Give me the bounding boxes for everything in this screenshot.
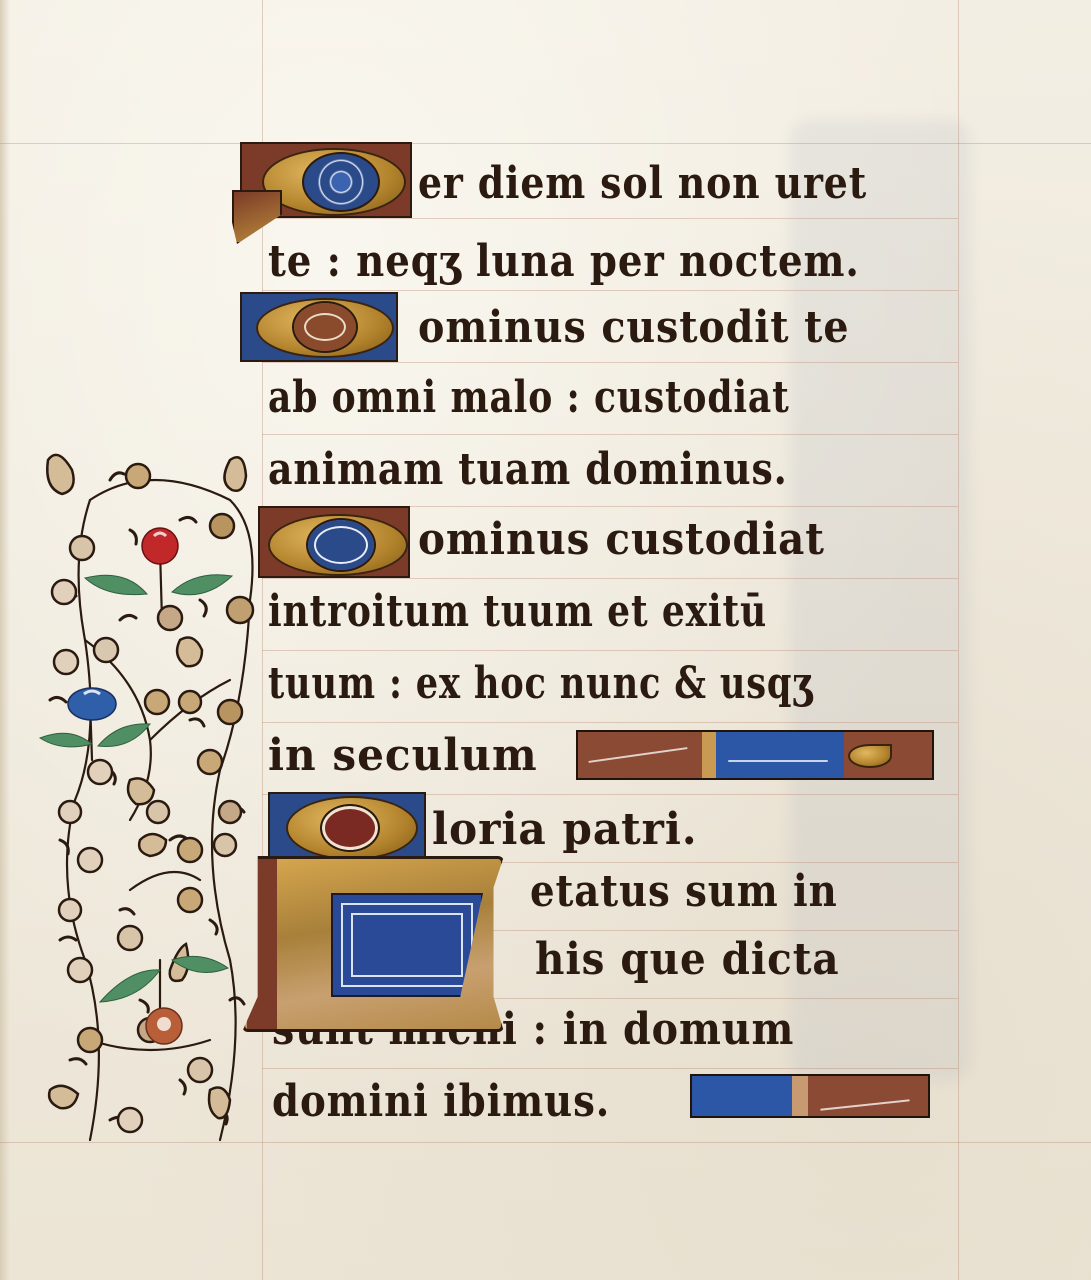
page-edge-shadow	[0, 0, 10, 1280]
text-line-6: ominus custodiat	[418, 518, 825, 562]
ruling-line	[262, 1068, 958, 1069]
line-filler-2	[690, 1074, 930, 1118]
line-filler-1-blue	[716, 732, 844, 778]
line-filler-1-pen-work-2	[728, 760, 828, 762]
ruling-line	[262, 722, 958, 723]
text-line-11: etatus sum in	[530, 870, 838, 914]
initial-d-2: D	[258, 506, 410, 578]
line-filler-1-gold-leaf	[848, 744, 892, 768]
line-filler-1-gold	[702, 732, 716, 778]
text-line-3: ominus custodit te	[418, 306, 849, 350]
floral-border	[30, 440, 270, 1150]
ruling-vertical-right	[958, 0, 959, 1280]
text-line-7: introitum tuum et exitū	[268, 590, 767, 634]
initial-d-1: D	[240, 292, 398, 362]
line-filler-2-blue	[692, 1076, 792, 1116]
text-line-12: his que dicta	[535, 938, 839, 982]
ruling-line	[262, 650, 958, 651]
text-line-4: ab omni malo : custodiat	[268, 376, 790, 420]
ruling-line	[262, 578, 958, 579]
line-filler-1	[576, 730, 934, 780]
ruling-line	[262, 218, 958, 219]
text-line-9: in seculum	[268, 734, 538, 778]
ruling-line	[262, 362, 958, 363]
initial-d-1-disc	[292, 301, 358, 353]
initial-d-2-blue-disc	[306, 518, 376, 572]
ruling-line	[262, 290, 958, 291]
manuscript-page: er diem sol non uret te : neqʒ luna per …	[0, 0, 1091, 1280]
ruling-line	[262, 434, 958, 435]
ruling-top	[0, 143, 1091, 144]
line-filler-2-gold	[792, 1076, 808, 1116]
red-flower-icon	[85, 528, 232, 595]
text-line-2: te : neqʒ luna per noctem.	[268, 240, 860, 284]
initial-g-red-disc	[320, 804, 380, 852]
text-line-8: tuum : ex hoc nunc & usqʒ	[268, 662, 813, 706]
pink-flower-icon	[100, 956, 228, 1044]
text-line-5: animam tuam dominus.	[268, 448, 788, 492]
text-line-1: er diem sol non uret	[418, 162, 867, 206]
initial-l: L	[242, 856, 504, 1032]
initial-l-blue-panel	[331, 893, 483, 997]
text-line-14: domini ibimus.	[272, 1080, 610, 1124]
text-line-10: loria patri.	[432, 808, 698, 852]
initial-p-blue-disc	[302, 152, 380, 212]
initial-g: G	[268, 792, 426, 860]
